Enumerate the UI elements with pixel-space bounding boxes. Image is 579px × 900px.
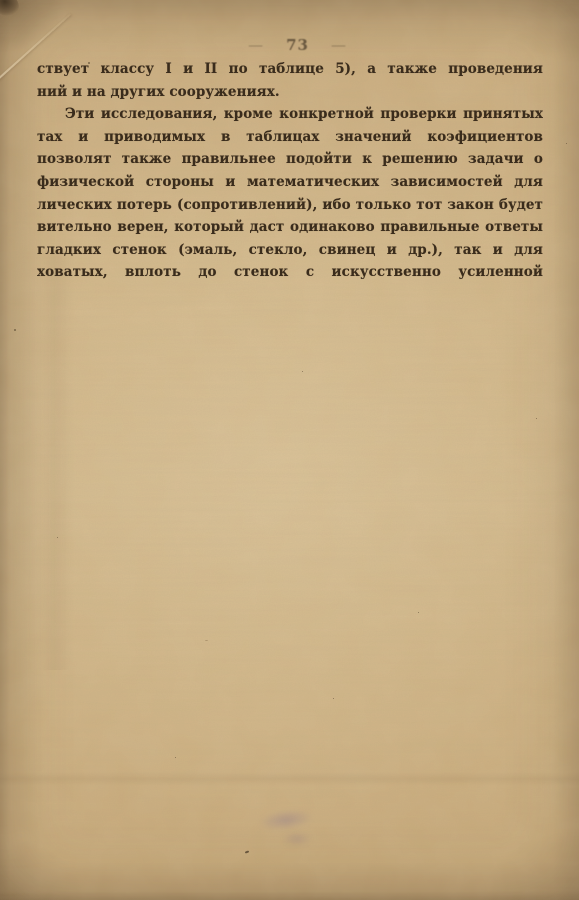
paper-speck xyxy=(175,757,176,758)
text-line: ний и на других сооружениях. xyxy=(37,81,543,104)
page-number: —73— xyxy=(8,36,579,54)
text-line: физической стороны и математических зави… xyxy=(37,171,543,194)
page-number-dash-left: — xyxy=(248,36,264,54)
text-line: ствует классу I и II по таблице 5), а та… xyxy=(37,58,543,81)
paper-speck xyxy=(302,371,303,372)
paragraph: ствует классу I и II по таблице 5), а та… xyxy=(37,58,543,103)
text-line: вительно верен, который даст одинаково п… xyxy=(37,216,543,239)
page-number-value: 73 xyxy=(286,36,309,54)
body-text: ствует классу I и II по таблице 5), а та… xyxy=(37,58,543,284)
text-line: тах и приводимых в таблицах значений коэ… xyxy=(37,126,543,149)
paper-speck xyxy=(566,143,567,144)
paper-speck xyxy=(536,418,537,419)
ink-setoff-smudge xyxy=(282,832,312,846)
paper-speck xyxy=(57,537,58,538)
paper-crease xyxy=(38,250,72,670)
text-line: лических потерь (сопротивлений), ибо тол… xyxy=(37,194,543,217)
paper-speck xyxy=(418,612,419,613)
ink-setoff-smudge xyxy=(257,807,315,834)
text-line: гладких стенок (эмаль, стекло, свинец и … xyxy=(37,239,543,262)
corner-stain xyxy=(0,0,22,19)
paper-speck xyxy=(14,329,16,331)
text-line: Эти исследования, кроме конкретной прове… xyxy=(37,103,543,126)
paragraph: Эти исследования, кроме конкретной прове… xyxy=(37,103,543,284)
paper-speck xyxy=(333,698,334,699)
text-line: позволят также правильнее подойти к реше… xyxy=(37,148,543,171)
page-number-dash-right: — xyxy=(331,36,347,54)
paper-speck xyxy=(205,640,208,641)
paper-speck xyxy=(245,850,249,853)
text-line: ховатых, вплоть до стенок с искусственно… xyxy=(37,261,543,284)
paper-crease xyxy=(0,772,579,786)
scanned-book-page: —73— ствует классу I и II по таблице 5),… xyxy=(0,0,579,900)
